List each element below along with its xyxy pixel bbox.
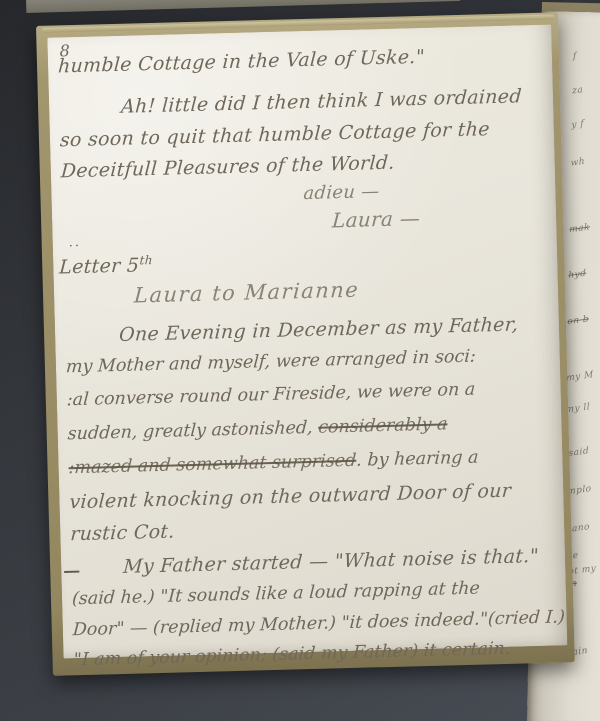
margin-dash: — [63,561,81,581]
handwriting-fragment: y f [571,119,584,131]
manuscript-line: Ah! little did I then think I was ordain… [120,85,522,118]
letter-heading-text: Letter 5 [59,254,140,278]
manuscript-line-signature: Laura — [331,206,420,232]
handwriting-fragment: mak [569,222,590,235]
handwriting-fragment: hyd [568,269,586,282]
manuscript-line: Deceitfull Pleasures of the World. [60,152,395,183]
manuscript-line-with-deletion: :mazed and somewhat surprised. by hearin… [68,448,479,479]
manuscript-line: My Father started — "What noise is that.… [123,545,540,578]
handwriting-fragment: za [572,85,583,97]
handwriting-fragment: f [573,51,577,62]
line-text: . by hearing a [356,448,479,471]
handwriting-fragment: my ll [565,402,590,415]
struck-text: considerably a [318,414,448,437]
letter-title: Laura to Marianne [133,278,360,308]
manuscript-line: "I am of your opinion; (said my Father) … [73,639,511,670]
manuscript-line: humble Cottage in the Vale of Uske." [57,46,425,78]
handwriting-fragment: on b [567,314,589,327]
letter-number-ordinal: th [139,253,153,267]
line-text: sudden, greatly astonished, [67,418,319,445]
handwriting-fragment: wh [571,157,586,169]
manuscript-line: my Mother and myself, were arranged in s… [65,347,476,378]
paper-surface: 8 humble Cottage in the Vale of Uske." A… [47,25,567,659]
struck-text: :mazed and somewhat surprised [68,451,357,479]
manuscript-line: violent knocking on the outward Door of … [69,480,512,514]
manuscript-page: 8 humble Cottage in the Vale of Uske." A… [36,12,575,675]
photo-background: f za y f wh mak hyd on b my M my ll (sai… [0,0,600,721]
manuscript-line-adieu: adieu — [303,181,380,204]
ditto-mark: ·· [69,239,82,254]
manuscript-line-with-deletion: sudden, greatly astonished, considerably… [67,414,448,444]
manuscript-line: :al converse round our Fireside, we were… [66,380,476,411]
manuscript-line: Door" — (replied my Mother.) "it does in… [72,607,565,640]
manuscript-line: (said he.) "It sounds like a loud rappin… [71,579,480,610]
manuscript-line: One Evening in December as my Father, [118,313,519,345]
page-block-top-edge [26,0,460,13]
handwriting-fragment: my M [566,370,594,384]
manuscript-line: so soon to quit that humble Cottage for … [59,118,490,151]
letter-heading: Letter 5th [59,253,154,278]
manuscript-line: rustic Cot. [70,521,176,546]
